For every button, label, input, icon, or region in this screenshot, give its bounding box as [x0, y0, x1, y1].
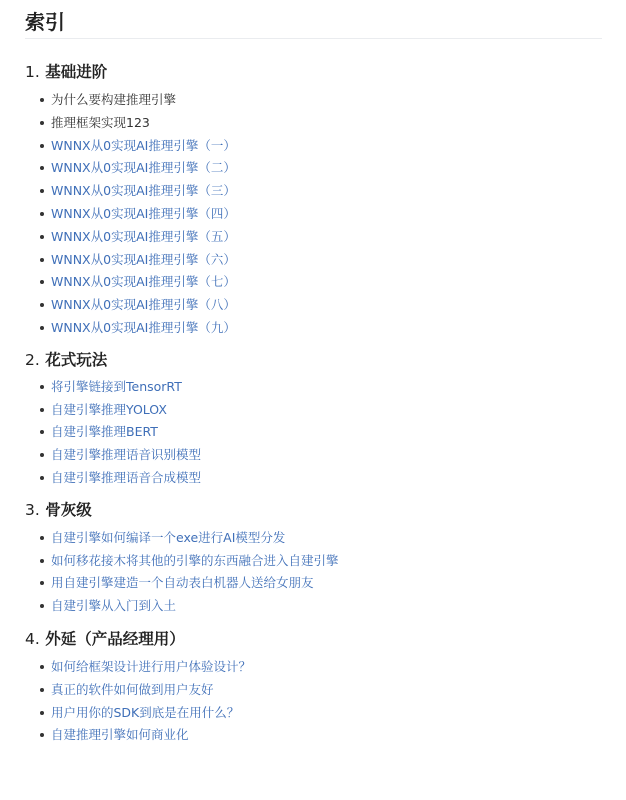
list-item: WNNX从0实现AI推理引擎（四）: [40, 203, 601, 226]
article-link[interactable]: 自建引擎如何编译一个exe进行AI模型分发: [51, 530, 285, 545]
title-divider: [25, 38, 602, 39]
article-link[interactable]: 自建引擎推理语音识别模型: [51, 447, 201, 462]
section-list-extension: 如何给框架设计进行用户体验设计？ 真正的软件如何做到用户友好 用户用你的SDK到…: [25, 656, 601, 747]
article-link[interactable]: WNNX从0实现AI推理引擎（六）: [51, 252, 236, 267]
article-link[interactable]: WNNX从0实现AI推理引擎（五）: [51, 229, 236, 244]
article-link[interactable]: WNNX从0实现AI推理引擎（三）: [51, 183, 236, 198]
bullet-icon: [40, 303, 44, 307]
article-link[interactable]: WNNX从0实现AI推理引擎（二）: [51, 160, 236, 175]
article-link[interactable]: 自建引擎推理语音合成模型: [51, 470, 201, 485]
list-item: 自建推理引擎如何商业化: [40, 724, 601, 747]
article-link[interactable]: WNNX从0实现AI推理引擎（四）: [51, 206, 236, 221]
list-item: WNNX从0实现AI推理引擎（二）: [40, 157, 601, 180]
bullet-icon: [40, 688, 44, 692]
section-heading-extension: 4. 外延（产品经理用）: [25, 628, 601, 650]
article-link[interactable]: 用户用你的SDK到底是在用什么？: [51, 705, 239, 720]
list-item: 为什么要构建推理引擎: [40, 89, 601, 112]
list-item: WNNX从0实现AI推理引擎（九）: [40, 317, 601, 340]
article-link[interactable]: WNNX从0实现AI推理引擎（七）: [51, 274, 236, 289]
section-list-basics: 为什么要构建推理引擎 推理框架实现123 WNNX从0实现AI推理引擎（一） W…: [25, 89, 601, 340]
document-page: 索引 1. 基础进阶 为什么要构建推理引擎 推理框架实现123 WNNX从0实现…: [0, 0, 626, 747]
bullet-icon: [40, 408, 44, 412]
bullet-icon: [40, 258, 44, 262]
article-link[interactable]: 用自建引擎建造一个自动表白机器人送给女朋友: [51, 575, 314, 590]
list-item: 自建引擎如何编译一个exe进行AI模型分发: [40, 527, 601, 550]
section-heading-basics: 1. 基础进阶: [25, 61, 601, 83]
list-item-text: 为什么要构建推理引擎: [51, 92, 176, 107]
article-link[interactable]: 将引擎链接到TensorRT: [51, 379, 182, 394]
bullet-icon: [40, 430, 44, 434]
list-item: WNNX从0实现AI推理引擎（五）: [40, 226, 601, 249]
bullet-icon: [40, 476, 44, 480]
bullet-icon: [40, 604, 44, 608]
section-title: 外延（产品经理用）: [45, 630, 185, 648]
list-item: WNNX从0实现AI推理引擎（一）: [40, 135, 601, 158]
section-list-advanced: 自建引擎如何编译一个exe进行AI模型分发 如何移花接木将其他的引擎的东西融合进…: [25, 527, 601, 618]
list-item: 用户用你的SDK到底是在用什么？: [40, 702, 601, 725]
article-link[interactable]: 真正的软件如何做到用户友好: [51, 682, 214, 697]
section-number: 3.: [25, 501, 40, 519]
bullet-icon: [40, 280, 44, 284]
bullet-icon: [40, 733, 44, 737]
bullet-icon: [40, 711, 44, 715]
bullet-icon: [40, 536, 44, 540]
list-item: 自建引擎推理语音识别模型: [40, 444, 601, 467]
bullet-icon: [40, 235, 44, 239]
article-link[interactable]: 自建引擎推理BERT: [51, 424, 158, 439]
section-number: 2.: [25, 351, 40, 369]
bullet-icon: [40, 121, 44, 125]
article-link[interactable]: WNNX从0实现AI推理引擎（八）: [51, 297, 236, 312]
list-item: WNNX从0实现AI推理引擎（七）: [40, 271, 601, 294]
section-number: 4.: [25, 630, 40, 648]
list-item: 自建引擎推理YOLOX: [40, 399, 601, 422]
list-item: WNNX从0实现AI推理引擎（三）: [40, 180, 601, 203]
article-link[interactable]: 如何给框架设计进行用户体验设计？: [51, 659, 251, 674]
bullet-icon: [40, 98, 44, 102]
list-item: 真正的软件如何做到用户友好: [40, 679, 601, 702]
section-list-fancy-usage: 将引擎链接到TensorRT 自建引擎推理YOLOX 自建引擎推理BERT 自建…: [25, 376, 601, 490]
list-item: 如何给框架设计进行用户体验设计？: [40, 656, 601, 679]
section-heading-advanced: 3. 骨灰级: [25, 499, 601, 521]
section-heading-fancy-usage: 2. 花式玩法: [25, 349, 601, 371]
section-title: 骨灰级: [45, 501, 92, 519]
article-link[interactable]: WNNX从0实现AI推理引擎（一）: [51, 138, 236, 153]
list-item: 自建引擎推理BERT: [40, 421, 601, 444]
list-item: 自建引擎从入门到入土: [40, 595, 601, 618]
article-link[interactable]: 自建引擎推理YOLOX: [51, 402, 167, 417]
list-item: WNNX从0实现AI推理引擎（六）: [40, 249, 601, 272]
list-item: WNNX从0实现AI推理引擎（八）: [40, 294, 601, 317]
bullet-icon: [40, 453, 44, 457]
list-item: 如何移花接木将其他的引擎的东西融合进入自建引擎: [40, 550, 601, 573]
bullet-icon: [40, 144, 44, 148]
bullet-icon: [40, 385, 44, 389]
bullet-icon: [40, 559, 44, 563]
bullet-icon: [40, 665, 44, 669]
bullet-icon: [40, 326, 44, 330]
article-link[interactable]: 自建引擎从入门到入土: [51, 598, 176, 613]
list-item: 自建引擎推理语音合成模型: [40, 467, 601, 490]
list-item: 用自建引擎建造一个自动表白机器人送给女朋友: [40, 572, 601, 595]
bullet-icon: [40, 581, 44, 585]
section-number: 1.: [25, 63, 40, 81]
article-link[interactable]: 自建推理引擎如何商业化: [51, 727, 189, 742]
bullet-icon: [40, 166, 44, 170]
bullet-icon: [40, 189, 44, 193]
section-title: 基础进阶: [45, 63, 107, 81]
list-item: 将引擎链接到TensorRT: [40, 376, 601, 399]
article-link[interactable]: 如何移花接木将其他的引擎的东西融合进入自建引擎: [51, 553, 339, 568]
article-link[interactable]: WNNX从0实现AI推理引擎（九）: [51, 320, 236, 335]
page-title: 索引: [25, 0, 601, 38]
list-item-text: 推理框架实现123: [51, 115, 150, 130]
section-title: 花式玩法: [45, 351, 107, 369]
bullet-icon: [40, 212, 44, 216]
list-item: 推理框架实现123: [40, 112, 601, 135]
